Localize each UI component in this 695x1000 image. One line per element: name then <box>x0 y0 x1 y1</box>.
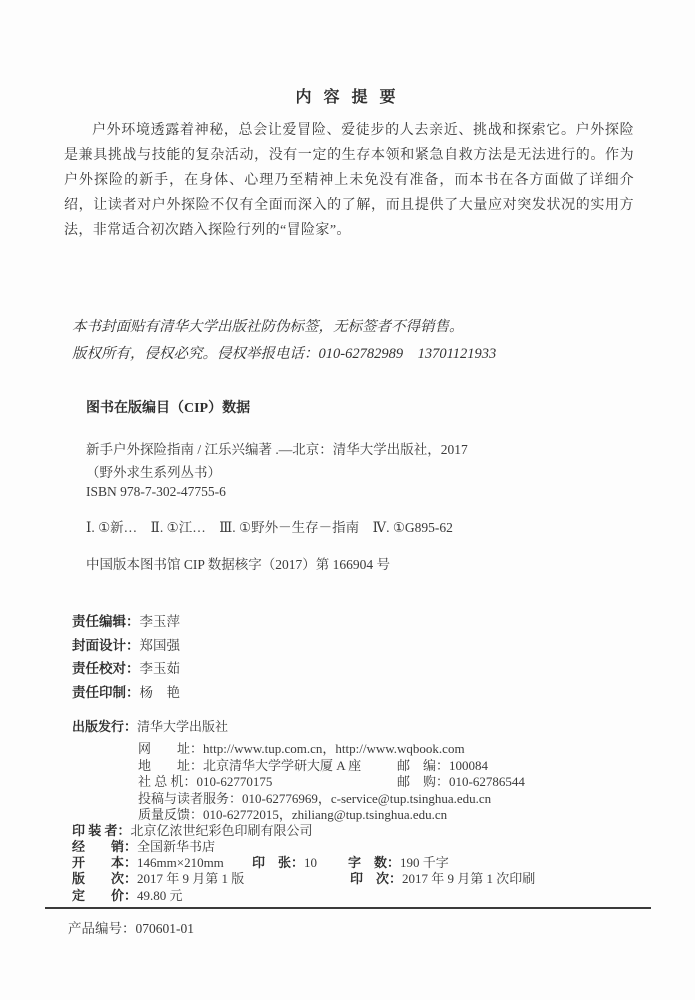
cip-classification: Ⅰ. ①新… Ⅱ. ①江… Ⅲ. ①野外－生存－指南 Ⅳ. ①G895-62 <box>86 516 453 536</box>
credit-cover-designer: 封面设计：郑国强 <box>72 634 180 654</box>
product-number-value: 070601-01 <box>136 921 195 936</box>
book-copyright-page: 内 容 提 要 户外环境透露着神秘，总会让爱冒险、爱徒步的人去亲近、挑战和探索它… <box>0 0 695 1000</box>
edition-value: 2017 年 9 月第 1 版 <box>137 871 244 886</box>
cip-record-number: 中国版本图书馆 CIP 数据核字（2017）第 166904 号 <box>86 553 390 573</box>
cip-title-line: 新手户外探险指南 / 江乐兴编著 .—北京：清华大学出版社，2017 <box>86 438 468 458</box>
notice-line-1: 本书封面贴有清华大学出版社防伪标签，无标签者不得销售。 <box>72 314 632 341</box>
credit-editor-label: 责任编辑： <box>72 614 140 629</box>
impression-label: 印 次： <box>350 871 402 886</box>
credit-cover-label: 封面设计： <box>72 638 140 653</box>
credit-proof-value: 李玉茹 <box>140 661 181 676</box>
mail-order-value: 010-62786544 <box>449 774 525 789</box>
cip-header: 图书在版编目（CIP）数据 <box>86 397 250 417</box>
publisher-label: 出版发行： <box>72 719 137 734</box>
cip-series-line: （野外求生系列丛书） <box>86 461 221 481</box>
colophon-publisher: 出版发行：清华大学出版社 <box>72 716 672 735</box>
price-label: 定 价： <box>72 888 137 903</box>
product-number: 产品编号：070601-01 <box>68 917 194 937</box>
website-value: http://www.tup.com.cn，http://www.wqbook.… <box>203 741 465 756</box>
notice-line-2: 版权所有，侵权必究。侵权举报电话：010-62782989 1370112193… <box>72 341 632 368</box>
credit-print-label: 责任印制： <box>72 685 140 700</box>
price-value: 49.80 元 <box>137 888 183 903</box>
credit-editor-value: 李玉萍 <box>140 614 181 629</box>
edition-label: 版 次： <box>72 871 137 886</box>
credit-print-supervisor: 责任印制：杨 艳 <box>72 681 180 701</box>
impression-value: 2017 年 9 月第 1 次印刷 <box>402 871 535 886</box>
switchboard-value: 010-62770175 <box>197 774 273 789</box>
credit-proof-label: 责任校对： <box>72 661 140 676</box>
cip-isbn: ISBN 978-7-302-47755-6 <box>86 484 226 500</box>
anti-piracy-notice: 本书封面贴有清华大学出版社防伪标签，无标签者不得销售。 版权所有，侵权必究。侵权… <box>72 314 632 368</box>
colophon-price: 定 价：49.80 元 <box>72 885 672 904</box>
website-label: 网 址： <box>138 741 203 756</box>
abstract-body: 户外环境透露着神秘，总会让爱冒险、爱徒步的人去亲近、挑战和探索它。户外探险是兼具… <box>64 118 634 243</box>
credit-editor: 责任编辑：李玉萍 <box>72 610 180 630</box>
product-number-label: 产品编号： <box>68 921 136 936</box>
publisher-value: 清华大学出版社 <box>137 719 228 734</box>
mail-order-label: 邮 购： <box>397 774 449 789</box>
credit-print-value: 杨 艳 <box>140 685 181 700</box>
abstract-title: 内 容 提 要 <box>0 84 695 107</box>
divider-rule <box>45 907 651 909</box>
credit-proofreader: 责任校对：李玉茹 <box>72 657 180 677</box>
credit-cover-value: 郑国强 <box>140 638 181 653</box>
switchboard-label: 社 总 机： <box>138 774 197 789</box>
